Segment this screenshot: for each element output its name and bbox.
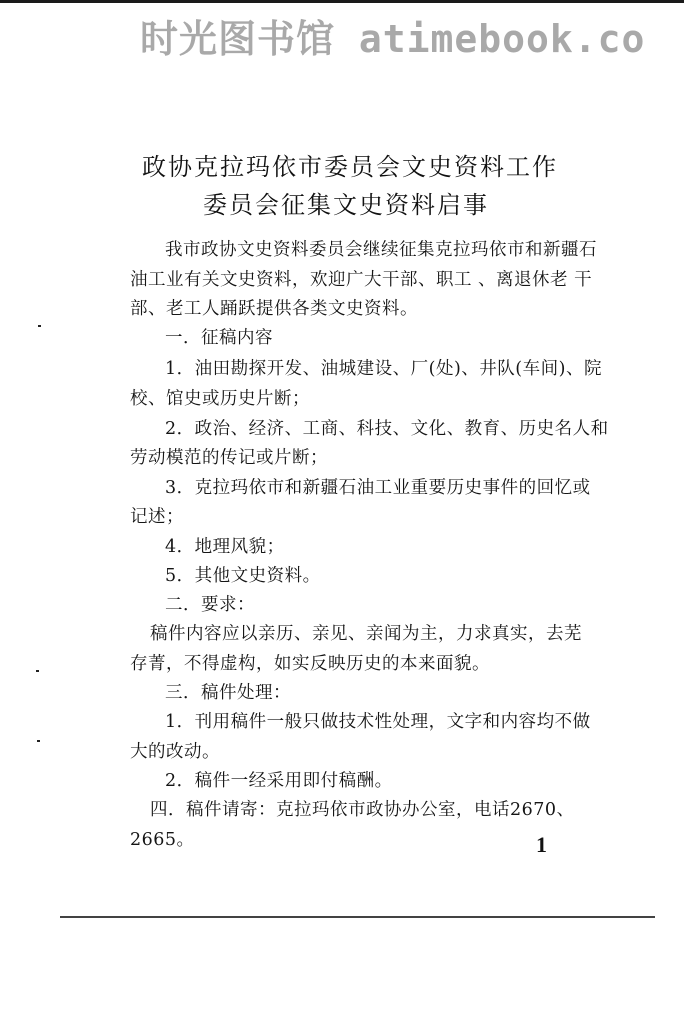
requirements-line-2: 存菁，不得虚构，如实反映历史的本来面貌。 [130,650,590,675]
paragraph-intro-line-3: 部、老工人踊跃提供各类文史资料。 [130,295,590,320]
requirements-line-1: 稿件内容应以亲历、亲见、亲闻为主，力求真实，去芜 [150,620,610,645]
processing-item-2: 2．稿件一经采用即付稿酬。 [165,767,590,792]
scan-speck [37,740,40,742]
list-item-1-line-2: 校、馆史或历史片断； [130,385,590,410]
list-item-1-line-1: 1．油田勘探开发、油城建设、厂(处)、井队(车间)、院 [165,355,590,380]
section-heading-1: 一．征稿内容 [165,324,590,349]
list-item-2-line-1: 2．政治、经济、工商、科技、文化、教育、历史名人和 [165,415,590,440]
list-item-4: 4．地理风貌； [165,533,590,558]
paragraph-intro-line-1: 我市政协文史资料委员会继续征集克拉玛依市和新疆石 [165,236,590,261]
scan-speck [38,325,41,327]
watermark: 时光图书馆 atimebook.co [140,8,684,63]
section-heading-2: 二．要求： [165,591,590,616]
list-item-5: 5．其他文史资料。 [165,562,590,587]
processing-item-1-line-1: 1．刊用稿件一般只做技术性处理，文字和内容均不做 [165,708,590,733]
document-title-line-2: 委员会征集文史资料启事 [4,185,684,220]
list-item-3-line-2: 记述； [130,503,590,528]
scan-speck [36,670,39,672]
page-number: 1 [536,832,547,858]
list-item-3-line-1: 3．克拉玛依市和新疆石油工业重要历史事件的回忆或 [165,474,590,499]
list-item-2-line-2: 劳动模范的传记或片断； [130,444,590,469]
processing-item-1-line-2: 大的改动。 [130,738,590,763]
section-heading-3: 三．稿件处理： [165,679,590,704]
document-title-line-1: 政协克拉玛依市委员会文史资料工作 [8,147,684,182]
bottom-rule [60,916,655,918]
paragraph-intro-line-2: 油工业有关文史资料，欢迎广大干部、职工 、离退休老 干 [130,266,590,291]
contact-line-1: 四．稿件请寄：克拉玛依市政协办公室，电话2670、 [150,796,610,821]
contact-line-2: 2665。 [130,826,590,851]
top-border [0,0,684,3]
